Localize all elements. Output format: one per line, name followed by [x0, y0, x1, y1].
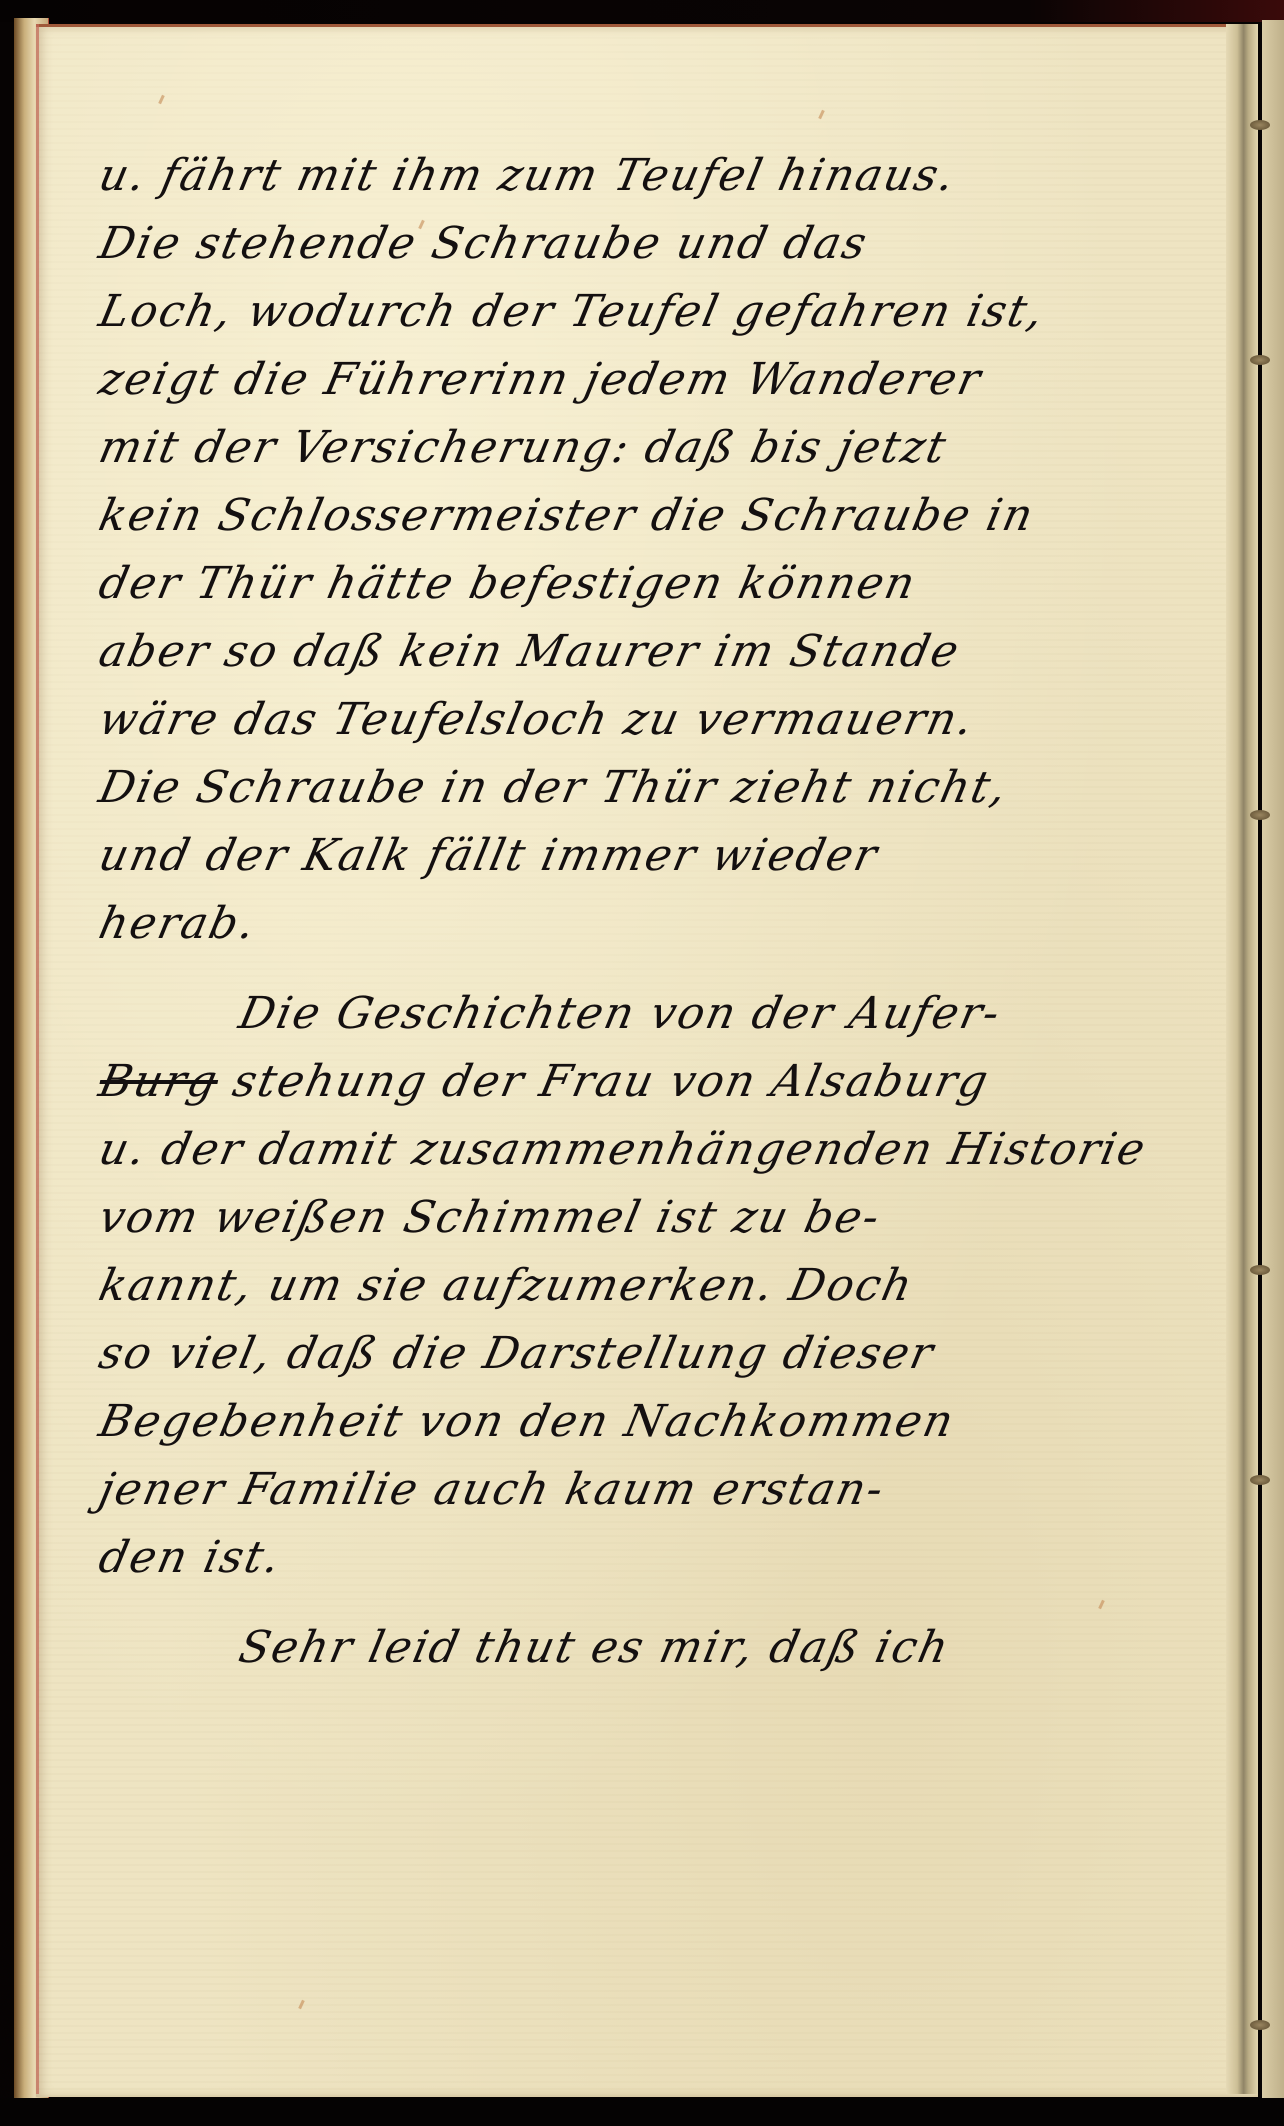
binding-stitch-icon — [1250, 120, 1270, 130]
facing-page-edge — [1262, 20, 1284, 2100]
scan-top-border — [0, 0, 1284, 22]
text-line: den ist. — [95, 1532, 287, 1583]
text-line-rest: stehung der Frau von Alsaburg — [228, 1056, 994, 1107]
struck-word: Burg — [95, 1056, 224, 1107]
binding-gutter — [1226, 24, 1258, 2094]
text-line: vom weißen Schimmel ist zu be- — [95, 1192, 886, 1243]
binding-stitch-icon — [1250, 2020, 1270, 2030]
text-line: und der Kalk fällt immer wieder — [95, 830, 884, 881]
text-line-paragraph-start: Sehr leid thut es mir, daß ich — [235, 1622, 955, 1673]
text-line: herab. — [95, 898, 262, 949]
text-line: jener Familie auch kaum erstan- — [95, 1464, 890, 1515]
text-line: kannt, um sie aufzumerken. Doch — [95, 1260, 919, 1311]
text-line: Burg stehung der Frau von Alsaburg — [95, 1056, 995, 1107]
text-line: zeigt die Führerinn jedem Wanderer — [95, 354, 987, 405]
binding-stitch-icon — [1250, 1265, 1270, 1275]
red-page-edge — [36, 24, 39, 2094]
text-line: so viel, daß die Darstellung dieser — [95, 1328, 940, 1379]
text-line: Die Schraube in der Thür zieht nicht, — [95, 762, 1013, 813]
text-line: Loch, wodurch der Teufel gefahren ist, — [95, 286, 1050, 337]
text-line-paragraph-start: Die Geschichten von der Aufer- — [235, 988, 1006, 1039]
text-line: u. fährt mit ihm zum Teufel hinaus. — [95, 150, 961, 201]
text-line: der Thür hätte befestigen können — [95, 558, 922, 609]
binding-stitch-icon — [1250, 1475, 1270, 1485]
text-line: Die stehende Schraube und das — [95, 218, 873, 269]
text-line: mit der Versicherung: daß bis jetzt — [95, 422, 953, 473]
text-line: kein Schlossermeister die Schraube in — [95, 490, 1040, 541]
text-line: aber so daß kein Maurer im Stande — [95, 626, 965, 677]
text-line: wäre das Teufelsloch zu vermauern. — [95, 694, 980, 745]
text-line: u. der damit zusammenhängenden Historie — [95, 1124, 1152, 1175]
binding-stitch-icon — [1250, 810, 1270, 820]
scan-bottom-border — [0, 2098, 1284, 2126]
text-line: Begebenheit von den Nachkommen — [95, 1396, 960, 1447]
binding-stitch-icon — [1250, 355, 1270, 365]
